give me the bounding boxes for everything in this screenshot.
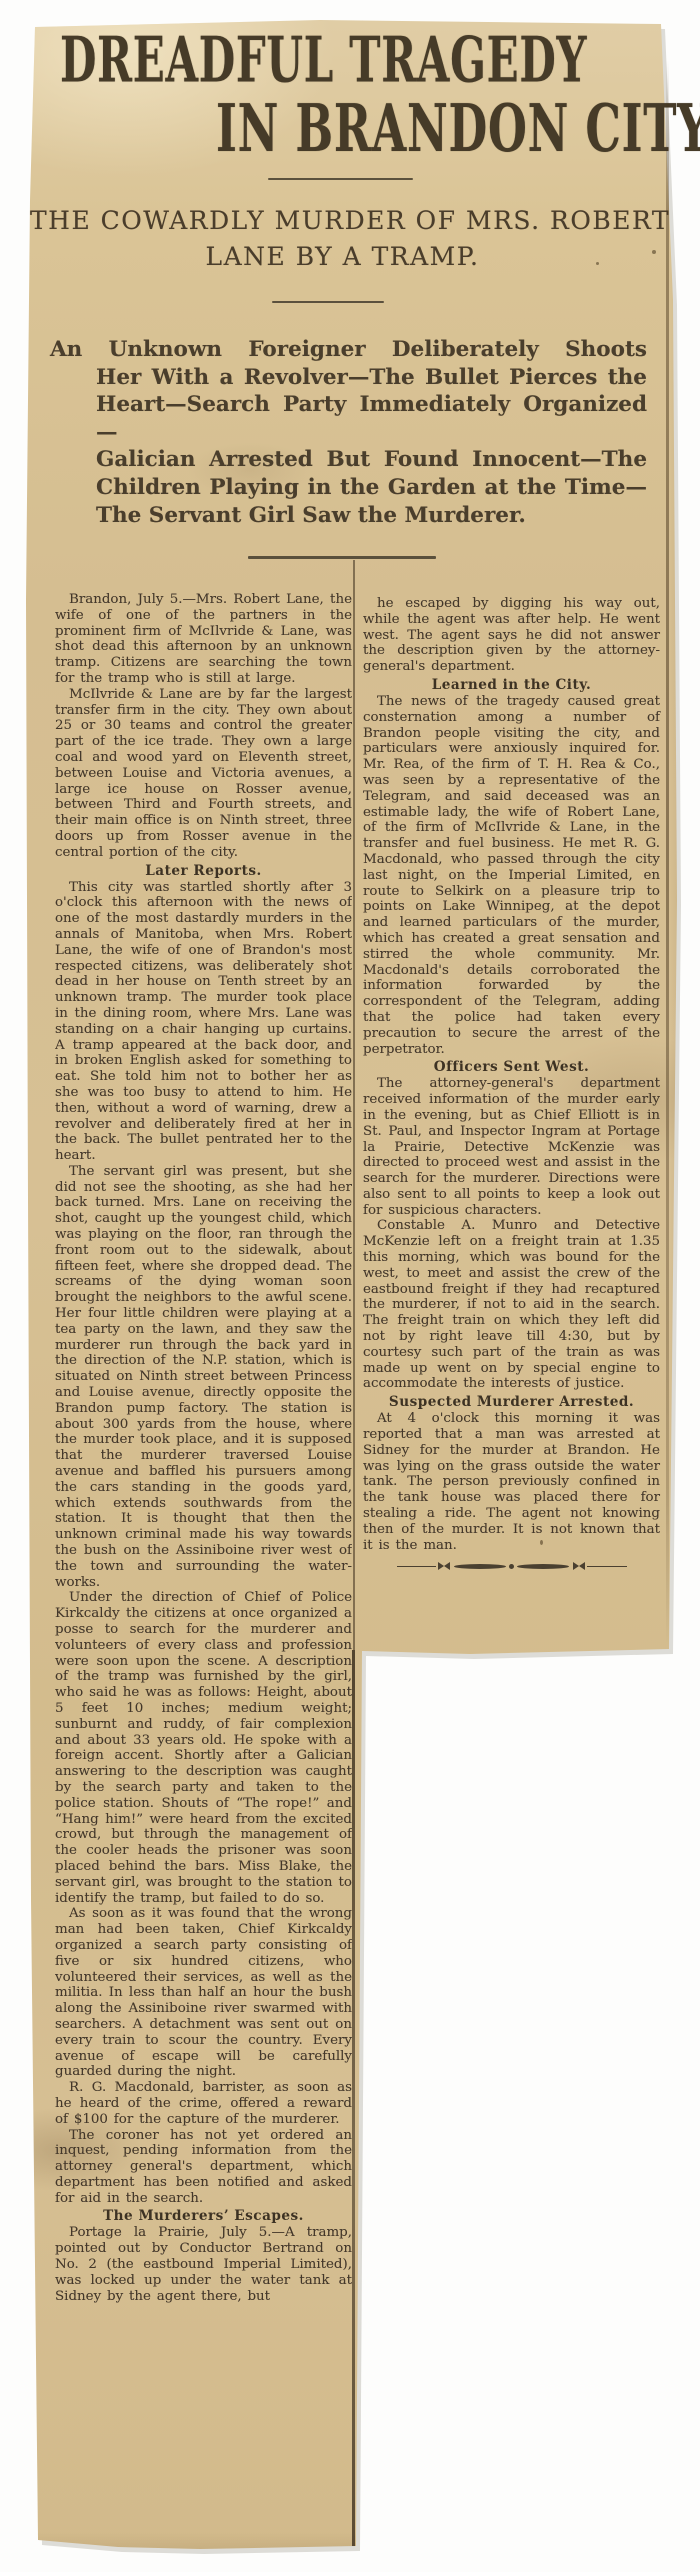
article-paragraph: The attorney-general's department receiv… (363, 1076, 660, 1218)
ornament-line (397, 1566, 437, 1568)
paper-crease (666, 60, 669, 1645)
deck-line: The Servant Girl Saw the Murderer. (50, 502, 647, 530)
subheadline-line2: LANE BY A TRAMP. (30, 242, 655, 271)
article-paragraph: At 4 o'clock this morning it was reporte… (363, 1411, 660, 1553)
article-paragraph: As soon as it was found that the wrong m… (55, 1906, 352, 2080)
section-subhead: The Murderers’ Escapes. (55, 2208, 352, 2224)
headline-line2: IN BRANDON CITY (216, 90, 700, 167)
headline-line1: DREADFUL TRAGEDY (60, 24, 587, 98)
article-paragraph: he escaped by digging his way out, while… (363, 596, 660, 675)
article-paragraph: The coroner has not yet ordered an inque… (55, 2128, 352, 2207)
section-subhead: Suspected Murderer Arrested. (363, 1394, 660, 1410)
section-subhead: Later Reports. (55, 863, 352, 879)
article-paragraph: The news of the tragedy caused great con… (363, 694, 660, 1057)
subheadline-line1: THE COWARDLY MURDER OF MRS. ROBERT (30, 206, 655, 235)
clipping-cut-edge (352, 1650, 355, 2546)
article-paragraph: Constable A. Munro and Detective McKenzi… (363, 1218, 660, 1392)
deck-line: Children Playing in the Garden at the Ti… (50, 474, 647, 502)
article-paragraph: Under the direction of Chief of Police K… (55, 1590, 352, 1906)
deck-line: Galician Arrested But Found Innocent—The (50, 446, 647, 474)
paper-speck (540, 1540, 543, 1545)
ornament-arrow-left (444, 1562, 450, 1570)
section-subhead: Officers Sent West. (363, 1059, 660, 1075)
section-subhead: Learned in the City. (363, 677, 660, 693)
article-paragraph: Brandon, July 5.—Mrs. Robert Lane, the w… (55, 592, 352, 687)
article-paragraph: This city was startled shortly after 3 o… (55, 880, 352, 1164)
paper-speck (652, 250, 656, 254)
divider-rule-body (248, 556, 436, 559)
deck-line: Heart—Search Party Immediately Organized… (50, 391, 647, 446)
article-column-left: Brandon, July 5.—Mrs. Robert Lane, the w… (55, 592, 352, 2546)
article-paragraph: R. G. Macdonald, barrister, as soon as h… (55, 2080, 352, 2127)
deck-summary: An Unknown Foreigner Deliberately Shoots… (50, 336, 647, 529)
paper-speck (596, 262, 599, 265)
article-paragraph: Portage la Prairie, July 5.—A tramp, poi… (55, 2225, 352, 2304)
ornament-lens (517, 1564, 569, 1569)
column-divider-rule (353, 560, 355, 1650)
ornament-arrow-left (579, 1562, 585, 1570)
ornament-line (587, 1566, 627, 1568)
divider-rule-middle (272, 301, 384, 303)
article-paragraph: McIlvride & Lane are by far the largest … (55, 687, 352, 861)
end-ornament-divider (397, 1561, 627, 1571)
newspaper-clipping-photo: { "article": { "headline": { "line1": "D… (0, 0, 700, 2572)
article-column-right: he escaped by digging his way out, while… (363, 596, 660, 1571)
article-paragraph: The servant girl was present, but she di… (55, 1164, 352, 1591)
ornament-dot (509, 1564, 514, 1569)
deck-line: Her With a Revolver—The Bullet Pierces t… (50, 364, 647, 392)
ornament-lens (454, 1564, 506, 1569)
deck-line: An Unknown Foreigner Deliberately Shoots (50, 336, 647, 364)
divider-rule-top (268, 178, 413, 180)
